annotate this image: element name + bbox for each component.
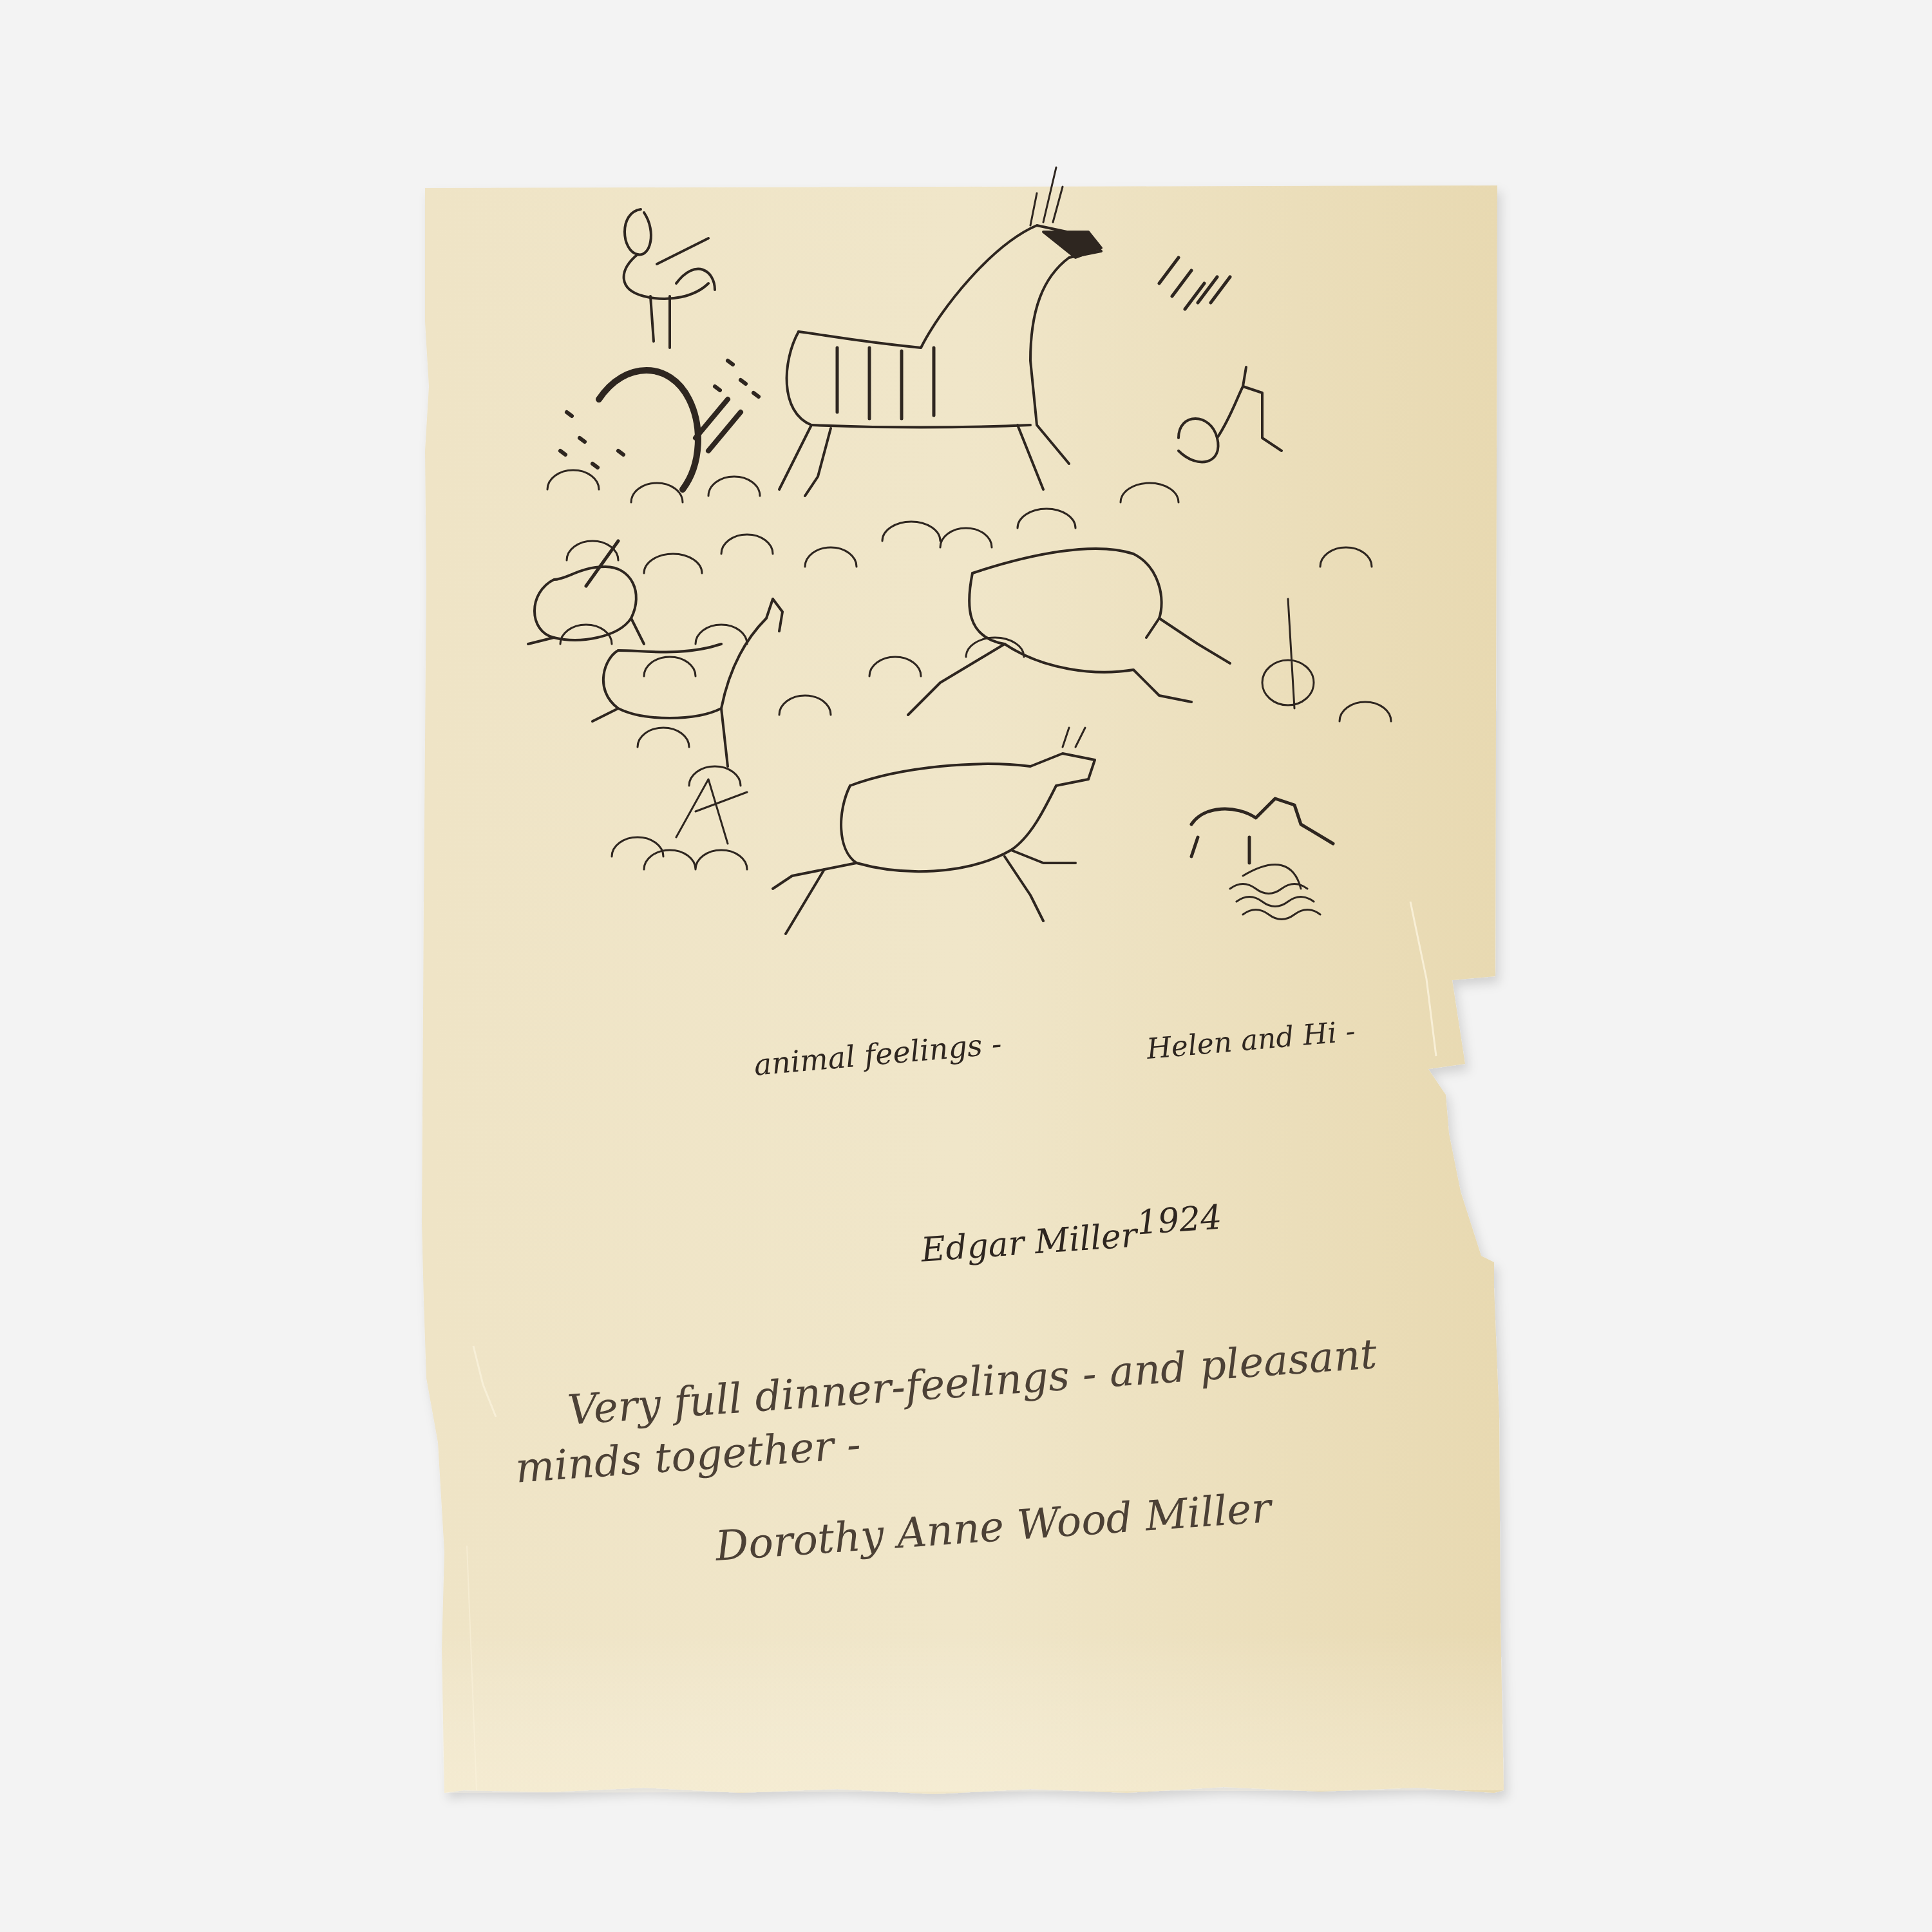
signature-year: 1924 bbox=[1135, 1198, 1223, 1242]
artwork-photo: animal feelings - Helen and Hi - Edgar M… bbox=[0, 0, 1932, 1932]
paper-sheet bbox=[0, 0, 1932, 1932]
